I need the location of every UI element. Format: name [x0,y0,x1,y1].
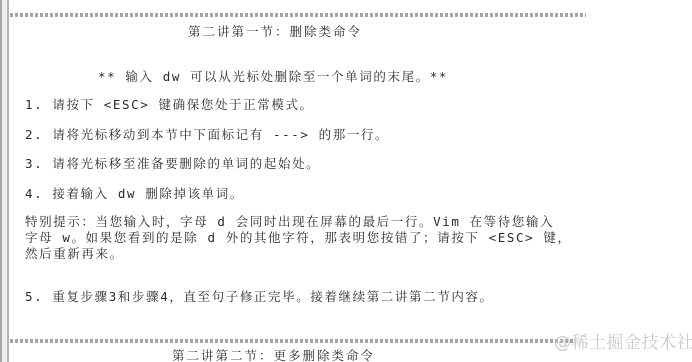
step-1: 1. 请按下 <ESC> 键确保您处于正常模式。 [25,97,314,113]
left-border-inner [7,0,9,362]
hint-line-1: 特别提示：当您输入时，字母 d 会同时出现在屏幕的最后一行。Vim 在等待您输入 [25,214,554,230]
section-separator-top [10,13,586,17]
hint-line-3: 然后重新再来。 [25,246,124,262]
section-title-2-1: 第二讲第一节：删除类命令 [188,24,362,40]
step-5: 5. 重复步骤3和步骤4，直至句子修正完毕。接着继续第二讲第二节内容。 [25,289,494,305]
section-separator-bottom [10,339,575,343]
section-title-2-2: 第二讲第二节：更多删除类命令 [172,348,375,362]
watermark: @稀土掘金技术社区 [554,328,692,353]
step-2: 2. 请将光标移动到本节中下面标记有 ---> 的那一行。 [25,127,389,143]
hint-line-2: 字母 w。如果您看到的是除 d 外的其他字符，那表明您按错了；请按下 <ESC>… [25,230,572,246]
step-3: 3. 请将光标移至准备要删除的单词的起始处。 [25,156,320,172]
lesson-intro: ** 输入 dw 可以从光标处删除至一个单词的末尾。** [98,69,448,85]
step-4: 4. 接着输入 dw 删除掉该单词。 [25,186,244,202]
